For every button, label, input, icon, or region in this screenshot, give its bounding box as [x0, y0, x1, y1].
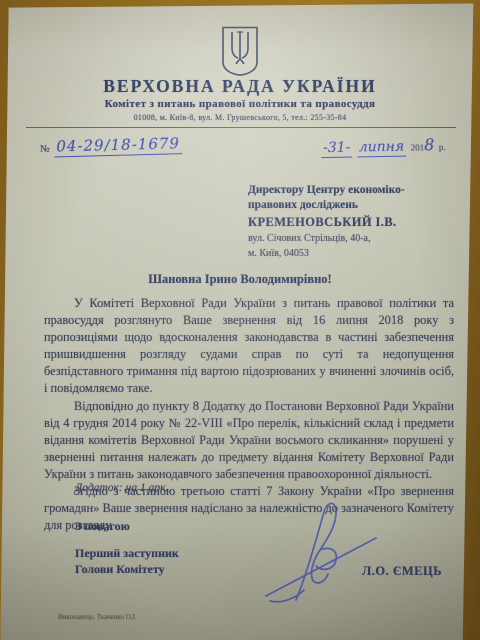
reference-number: № 04-29/18-1679 — [40, 134, 182, 156]
regards-line: З повагою — [75, 519, 130, 534]
recipient-address-line2: м. Київ, 04053 — [248, 247, 405, 260]
body-paragraph-1: У Комітеті Верховної Ради України з пита… — [44, 295, 454, 398]
body-paragraph-2: Відповідно до пункту 8 Додатку до Постан… — [44, 398, 454, 483]
reference-number-value: 04-29/18-1679 — [54, 134, 182, 157]
date-month: липня — [357, 139, 407, 158]
header-divider — [26, 127, 456, 128]
recipient-position-line2: правових досліджень — [248, 198, 405, 213]
recipient-name: КРЕМЕНОВСЬКИЙ І.В. — [248, 215, 405, 230]
signer-title-line1: Перший заступник — [75, 546, 179, 562]
organization-address: 01008, м. Київ-8, вул. М. Грушевського, … — [0, 113, 480, 122]
organization-title: ВЕРХОВНА РАДА УКРАЇНИ — [0, 76, 480, 97]
executor-note: Виконавець: Ткаченко О.І. — [58, 613, 137, 621]
letter-date: -31- липня 2018 р. — [321, 135, 446, 156]
signer-title-line2: Голови Комітету — [75, 562, 179, 578]
date-day: -31- — [321, 140, 353, 159]
recipient-block: Директору Центру економіко- правових дос… — [248, 183, 405, 260]
date-year-printed: 201 — [411, 142, 425, 152]
signer-title: Перший заступник Голови Комітету — [75, 546, 179, 577]
recipient-address-line1: вул. Січових Стрільців, 40-а, — [248, 232, 405, 245]
attachment-note: Додаток: на 1 арк. — [75, 482, 168, 494]
salutation: Шановна Ірино Володимирівно! — [0, 272, 480, 287]
letter-paper: ВЕРХОВНА РАДА УКРАЇНИ Комітет з питань п… — [0, 0, 480, 640]
photo-of-letter: { "document_type": "official-letter-phot… — [0, 0, 480, 640]
date-suffix: р. — [439, 142, 446, 152]
committee-subtitle: Комітет з питань правової політики та пр… — [0, 98, 480, 110]
number-sign-label: № — [40, 144, 50, 155]
ukraine-trident-emblem-icon — [220, 26, 260, 81]
signer-name: Л.О. ЄМЕЦЬ — [362, 564, 442, 579]
recipient-position-line1: Директору Центру економіко- — [248, 183, 405, 198]
date-year-handwritten: 8 — [424, 135, 435, 154]
handwritten-signature-icon — [258, 498, 393, 611]
